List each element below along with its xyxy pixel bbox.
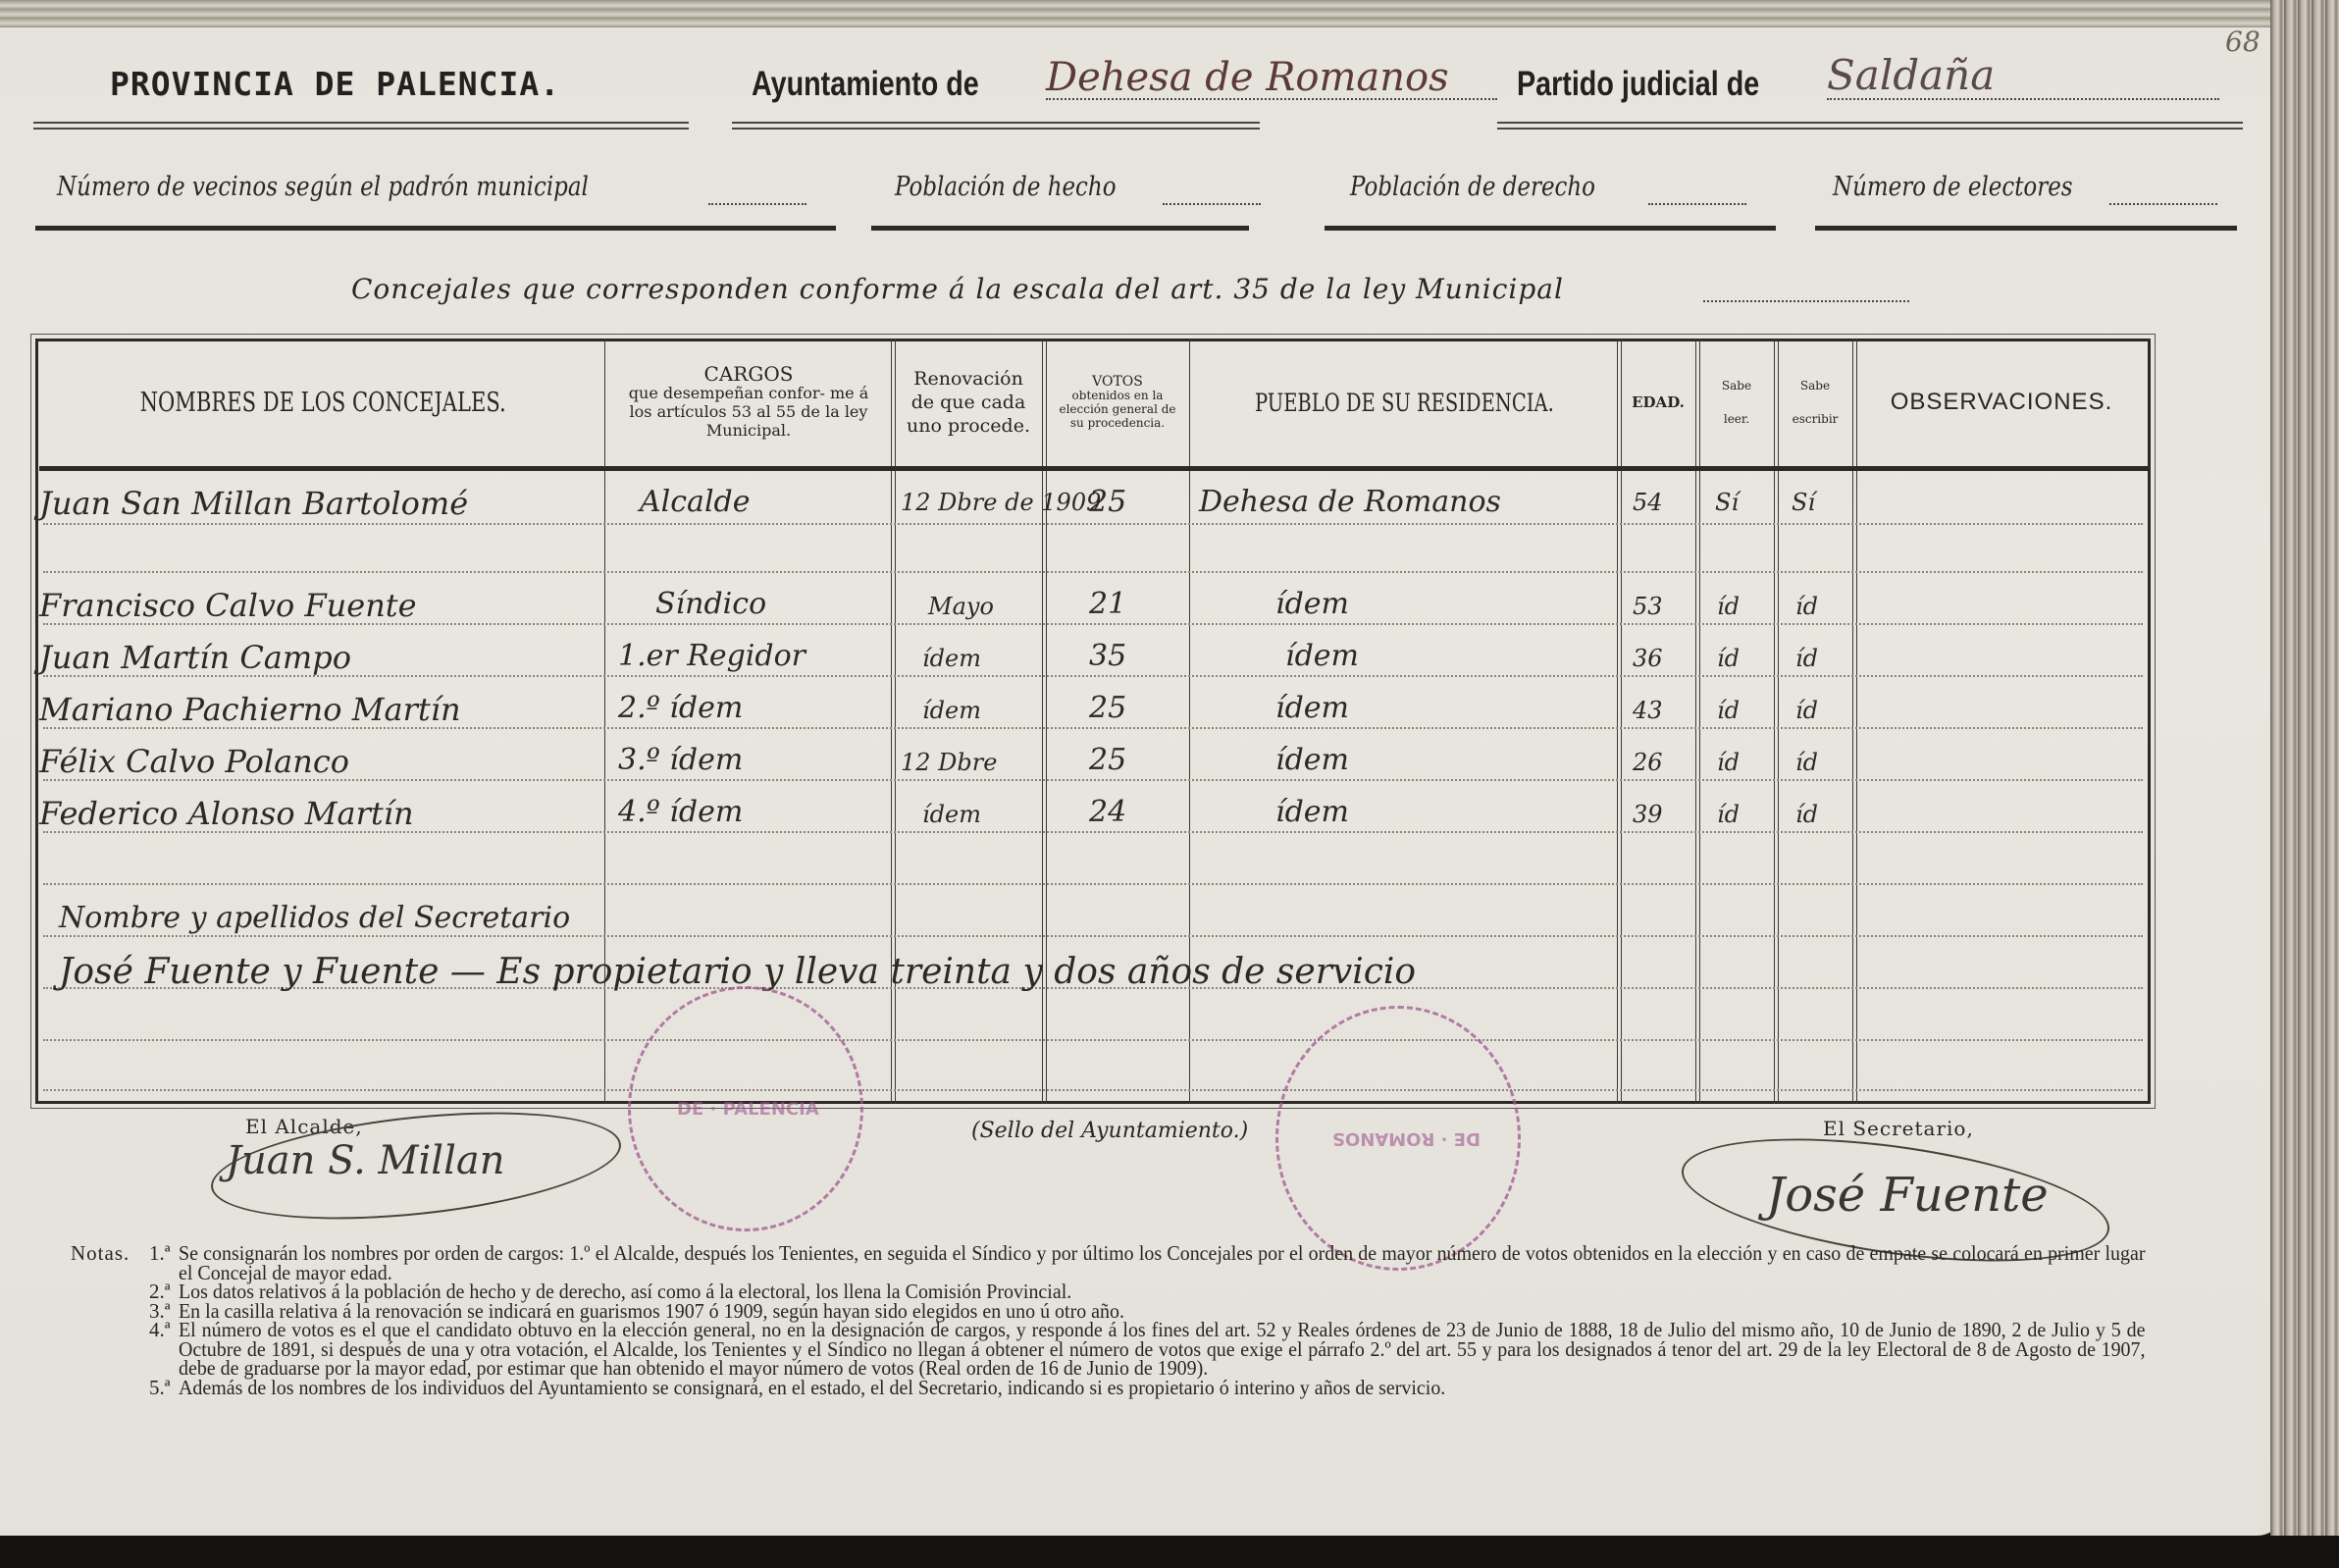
row-1-renovacion: 12 Dbre de 1909 — [901, 489, 1101, 516]
row-guide — [43, 571, 2143, 573]
header-observaciones: OBSERVACIONES. — [1858, 343, 2145, 461]
row-guide — [43, 883, 2143, 885]
row-2-leer: íd — [1717, 593, 1740, 620]
row-1-edad: 54 — [1633, 489, 1663, 516]
concejales-field[interactable] — [1703, 300, 1909, 302]
note-5: 5.ª Además de los nombres de los individ… — [71, 1379, 2209, 1398]
row-3-votos: 35 — [1089, 639, 1126, 673]
header-votos: VOTOS obtenidos en la elección general d… — [1048, 343, 1187, 461]
vecinos-label: Número de vecinos según el padrón munici… — [57, 172, 589, 202]
ayuntamiento-value: Dehesa de Romanos — [1046, 55, 1449, 100]
fields-rule — [1325, 226, 1776, 231]
row-5-pueblo: ídem — [1275, 743, 1349, 777]
notes-section: Notas. 1.ª Se consignarán los nombres po… — [71, 1244, 2209, 1397]
row-4-renovacion: ídem — [922, 697, 981, 724]
table-header-rule — [39, 466, 2149, 471]
fields-rule — [1815, 226, 2237, 231]
header-nombres-text: NOMBRES DE LOS CONCEJALES. — [139, 388, 505, 418]
numero-electores-field[interactable] — [2109, 203, 2217, 205]
row-4-escribir: íd — [1795, 697, 1818, 724]
numero-electores-label: Número de electores — [1833, 172, 2073, 202]
row-1-escribir: Sí — [1792, 489, 1815, 516]
row-3-pueblo: ídem — [1285, 639, 1359, 673]
header-observaciones-text: OBSERVACIONES. — [1891, 389, 2113, 416]
row-4-edad: 43 — [1633, 697, 1663, 724]
header-sabe-escribir: Sabe escribir — [1780, 343, 1850, 461]
header-renovacion: Renovación de que cada uno procede. — [897, 343, 1040, 461]
row-3-leer: íd — [1717, 645, 1740, 672]
column-divider — [1852, 339, 1857, 1104]
header-cargos-title: CARGOS — [704, 365, 794, 384]
header-sabe-leer-text: Sabe leer. — [1711, 369, 1762, 436]
row-3-escribir: íd — [1795, 645, 1818, 672]
note-1: Notas. 1.ª Se consignarán los nombres po… — [71, 1244, 2209, 1282]
fields-rule — [871, 226, 1249, 231]
row-2-pueblo: ídem — [1275, 587, 1349, 621]
row-6-edad: 39 — [1633, 801, 1663, 828]
partido-dotted-line — [1827, 98, 2219, 100]
secretario-signature: José Fuente — [1766, 1168, 2049, 1223]
row-guide — [43, 779, 2143, 781]
stamp-right-text: DE · ROMANOS — [1332, 1128, 1481, 1149]
secretario-label: El Secretario, — [1823, 1117, 1974, 1140]
row-5-renovacion: 12 Dbre — [901, 749, 997, 776]
row-1-nombre: Juan San Millan Bartolomé — [39, 485, 468, 522]
row-4-pueblo: ídem — [1275, 691, 1349, 725]
header-votos-sub: obtenidos en la elección general de su p… — [1054, 389, 1181, 430]
note-4: 4.ª El número de votos es el que el cand… — [71, 1321, 2209, 1379]
row-3-nombre: Juan Martín Campo — [39, 639, 351, 676]
fields-rule — [35, 226, 836, 231]
column-divider — [1695, 339, 1700, 1104]
note-5-text: Además de los nombres de los individuos … — [179, 1379, 2146, 1398]
row-guide — [43, 1039, 2143, 1041]
poblacion-derecho-label: Población de derecho — [1350, 172, 1595, 202]
row-guide — [43, 523, 2143, 525]
header-pueblo: PUEBLO DE SU RESIDENCIA. — [1193, 343, 1615, 461]
province-title: PROVINCIA DE PALENCIA. — [110, 65, 560, 103]
stamp-left-text: DE · PALENCIA — [677, 1099, 819, 1120]
row-guide — [43, 1089, 2143, 1091]
row-3-edad: 36 — [1633, 645, 1663, 672]
note-4-text: El número de votos es el que el candidat… — [179, 1321, 2146, 1379]
poblacion-hecho-label: Población de hecho — [895, 172, 1117, 202]
row-1-leer: Sí — [1715, 489, 1739, 516]
concejales-scale-line: Concejales que corresponden conforme á l… — [351, 273, 1564, 305]
ayuntamiento-dotted-line — [1046, 98, 1497, 100]
partido-judicial-label: Partido judicial de — [1517, 65, 1759, 104]
header-votos-title: VOTOS — [1092, 375, 1143, 389]
header-cargos-sub: que desempeñan confor- me á los artículo… — [616, 384, 881, 440]
header-rule — [732, 122, 1260, 130]
row-1-cargo: Alcalde — [640, 485, 751, 519]
ayuntamiento-label: Ayuntamiento de — [752, 65, 979, 104]
book-spine — [2270, 0, 2339, 1568]
note-4-number: 4.ª — [149, 1321, 171, 1340]
header-nombres: NOMBRES DE LOS CONCEJALES. — [43, 343, 602, 461]
row-6-escribir: íd — [1795, 801, 1818, 828]
partido-judicial-value: Saldaña — [1827, 51, 1995, 99]
row-3-renovacion: ídem — [922, 645, 981, 672]
row-6-leer: íd — [1717, 801, 1740, 828]
row-5-cargo: 3.º ídem — [618, 743, 743, 777]
alcalde-signature: Juan S. Millan — [226, 1138, 504, 1183]
header-rule — [1497, 122, 2243, 130]
row-4-leer: íd — [1717, 697, 1740, 724]
header-sabe-leer: Sabe leer. — [1701, 343, 1772, 461]
row-2-votos: 21 — [1089, 587, 1126, 621]
row-2-cargo: Síndico — [655, 587, 766, 621]
sello-label: (Sello del Ayuntamiento.) — [971, 1119, 1248, 1143]
row-guide — [43, 935, 2143, 937]
row-6-renovacion: ídem — [922, 801, 981, 828]
row-6-pueblo: ídem — [1275, 795, 1349, 829]
header-renovacion-text: Renovación de que cada uno procede. — [905, 367, 1032, 438]
row-4-votos: 25 — [1089, 691, 1126, 725]
poblacion-derecho-field[interactable] — [1648, 203, 1746, 205]
note-5-number: 5.ª — [149, 1379, 171, 1398]
vecinos-field[interactable] — [708, 203, 806, 205]
page-number: 68 — [2225, 26, 2261, 58]
header-edad-text: EDAD. — [1632, 393, 1685, 411]
row-3-cargo: 1.er Regidor — [618, 639, 806, 673]
row-6-votos: 24 — [1089, 795, 1126, 829]
note-1-text: Se consignarán los nombres por orden de … — [179, 1244, 2146, 1282]
header-pueblo-text: PUEBLO DE SU RESIDENCIA. — [1255, 389, 1554, 417]
column-divider — [1617, 339, 1622, 1104]
header-cargos: CARGOS que desempeñan confor- me á los a… — [608, 343, 889, 461]
row-5-leer: íd — [1717, 749, 1740, 776]
row-guide — [43, 675, 2143, 677]
row-1-pueblo: Dehesa de Romanos — [1199, 485, 1501, 519]
row-5-edad: 26 — [1633, 749, 1663, 776]
row-2-escribir: íd — [1795, 593, 1818, 620]
row-6-cargo: 4.º ídem — [618, 795, 743, 829]
row-4-nombre: Mariano Pachierno Martín — [39, 691, 461, 728]
row-6-nombre: Federico Alonso Martín — [39, 795, 414, 832]
notes-label: Notas. — [71, 1244, 130, 1264]
page-top-edge — [0, 0, 2286, 27]
row-5-nombre: Félix Calvo Polanco — [39, 743, 349, 780]
row-5-escribir: íd — [1795, 749, 1818, 776]
row-2-edad: 53 — [1633, 593, 1663, 620]
scan-background — [0, 1536, 2339, 1568]
header-sabe-escribir-text: Sabe escribir — [1784, 369, 1846, 436]
row-1-votos: 25 — [1089, 485, 1126, 519]
note-1-number: 1.ª — [149, 1244, 171, 1264]
header-edad: EDAD. — [1623, 343, 1693, 461]
row-5-votos: 25 — [1089, 743, 1126, 777]
header-rule — [33, 122, 689, 130]
column-divider — [1774, 339, 1779, 1104]
row-4-cargo: 2.º ídem — [618, 691, 743, 725]
poblacion-hecho-field[interactable] — [1163, 203, 1261, 205]
row-2-nombre: Francisco Calvo Fuente — [39, 587, 417, 624]
row-2-renovacion: Mayo — [928, 593, 994, 620]
secretario-heading: Nombre y apellidos del Secretario — [59, 901, 570, 935]
